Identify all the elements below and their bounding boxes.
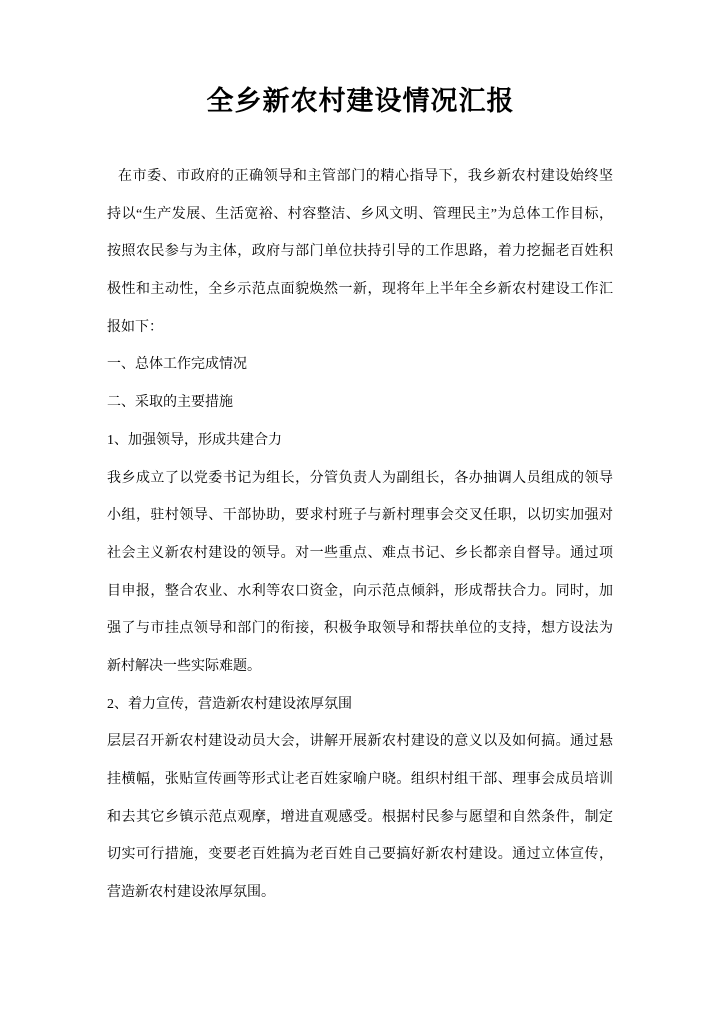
text-line: 报如下： (107, 309, 613, 347)
text-line: 挂横幅，张贴宣传画等形式让老百姓家喻户晓。组织村组干部、理事会成员培训 (107, 761, 613, 799)
text-line: 一、总体工作完成情况 (107, 346, 613, 384)
text-line: 社会主义新农村建设的领导。对一些重点、难点书记、乡长都亲自督导。通过项 (107, 535, 613, 573)
document-page: 全乡新农村建设情况汇报 在市委、市政府的正确领导和主管部门的精心指导下，我乡新农… (0, 0, 721, 1020)
text-line: 按照农民参与为主体，政府与部门单位扶持引导的工作思路，着力挖掘老百姓积 (107, 233, 613, 271)
text-line: 目申报，整合农业、水利等农口资金，向示范点倾斜，形成帮扶合力。同时，加 (107, 573, 613, 611)
text-line: 在市委、市政府的正确领导和主管部门的精心指导下，我乡新农村建设始终坚 (107, 158, 613, 196)
text-line: 小组，驻村领导、干部协助，要求村班子与新村理事会交叉任职，以切实加强对 (107, 497, 613, 535)
text-line: 1、加强领导，形成共建合力 (107, 422, 613, 460)
text-line: 层层召开新农村建设动员大会，讲解开展新农村建设的意义以及如何搞。通过悬 (107, 723, 613, 761)
text-line: 我乡成立了以党委书记为组长，分管负责人为副组长，各办抽调人员组成的领导 (107, 460, 613, 498)
text-line: 切实可行措施，变要老百姓搞为老百姓自己要搞好新农村建设。通过立体宣传， (107, 836, 613, 874)
text-line: 强了与市挂点领导和部门的衔接，积极争取领导和帮扶单位的支持，想方设法为 (107, 610, 613, 648)
document-title: 全乡新农村建设情况汇报 (0, 82, 721, 120)
text-line: 和去其它乡镇示范点观摩，增进直观感受。根据村民参与愿望和自然条件，制定 (107, 799, 613, 837)
text-line: 持以“生产发展、生活宽裕、村容整洁、乡风文明、管理民主”为总体工作目标， (107, 196, 613, 234)
text-line: 新村解决一些实际难题。 (107, 648, 613, 686)
document-body: 在市委、市政府的正确领导和主管部门的精心指导下，我乡新农村建设始终坚持以“生产发… (107, 158, 613, 912)
text-line: 营造新农村建设浓厚氛围。 (107, 874, 613, 912)
text-line: 二、采取的主要措施 (107, 384, 613, 422)
text-line: 极性和主动性，全乡示范点面貌焕然一新，现将年上半年全乡新农村建设工作汇 (107, 271, 613, 309)
text-line: 2、着力宣传，营造新农村建设浓厚氛围 (107, 686, 613, 724)
